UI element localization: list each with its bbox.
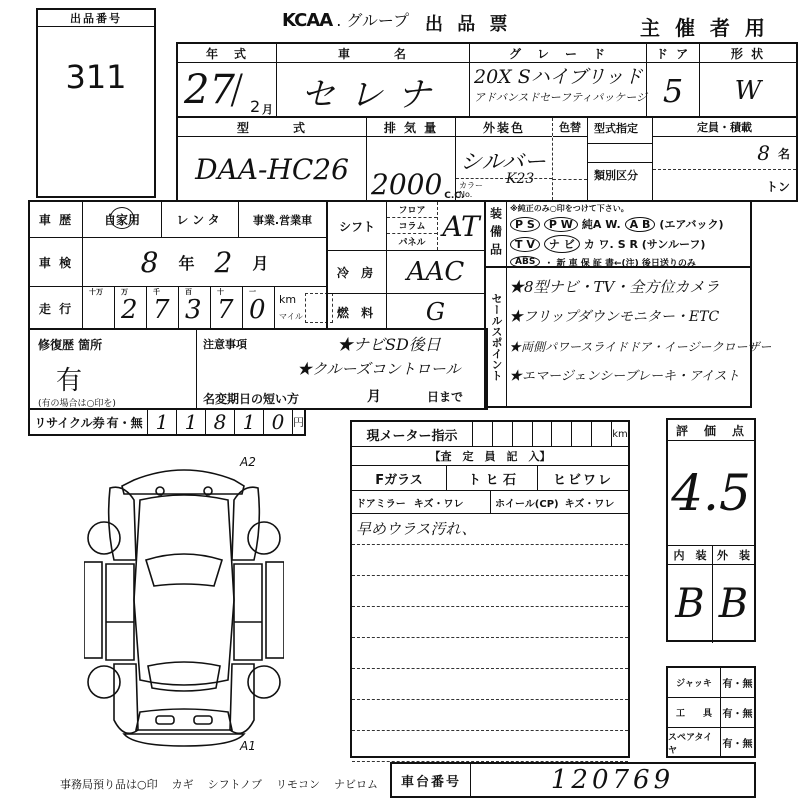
remark-line [352,576,628,607]
grade-cell: グ レ ー ド 20X Sハイブリッド アドバンスドセーフティパッケージ [469,44,646,116]
recycle-digit: 1 [148,410,177,434]
capacity-cell: 定員・積載 8 名 トン [652,118,796,200]
recycle-row: リサイクル券 有・無 11810 円 [28,408,306,436]
history-option-rental[interactable]: レンタ [162,202,239,237]
notes-cell: 注意事項 ★ナビSD後日 ★クルーズコントロール 名変期日の短い方 月 日まで [197,330,486,408]
note-item: ★ナビSD後日 [337,332,441,355]
group-label: . グループ [336,8,409,31]
meter-digit-box [533,422,553,446]
remark-line [352,669,628,700]
lot-number-label: 出品番号 [38,10,154,27]
damage-mark: A1 [239,739,256,750]
equipment-item: P W [544,217,578,232]
history-option-business[interactable]: 事業.営業車 [239,202,326,237]
equipment-block: 装備品 ※純正のみ○印をつけて下さい。 P SP W純A W.A B(エアバック… [484,200,752,268]
sales-point: ★エマージェンシーブレーキ・アイスト [509,362,771,392]
type-designation-cell: 型式指定 類別区分 [587,118,652,200]
repair-value: 有 [56,360,82,397]
fuel-value: G [387,294,484,330]
displacement-cell: 排 気 量 2000 C.C. [366,118,455,200]
brand-logo: KCAA [282,10,332,31]
sales-point: ★フリップダウンモニター・ETC [509,302,771,332]
equipment-item: A B [625,217,656,232]
remark-line [352,607,628,638]
aircon-value: AAC [387,251,484,293]
lot-number: 311 [38,47,154,107]
remark-line [352,731,628,762]
inspection-month: 2 [215,246,233,279]
mileage-digit: 千7 [147,287,179,330]
color-change-cell: 色替 [552,118,587,200]
overall-score: 4.5 [668,441,754,546]
recycle-digit: 1 [177,410,206,434]
recycle-digit: 1 [235,410,264,434]
grade-line-1: 20X Sハイブリッド [470,65,646,89]
repair-cell: 修復歴 箇所 有 (有の場合は○印を) [30,330,197,408]
car-diagram: A2 A1 [84,450,284,750]
note-item: ★クルーズコントロール [297,358,461,379]
meter-digit-box [552,422,572,446]
equipment-item: 純A W. [582,216,621,232]
equipment-item: S R (サンルーフ) [618,236,706,252]
year-month: 2 [250,97,260,116]
chassis-row: 車台番号 120769 [390,762,756,798]
score-block: 評 価 点 4.5 内 装 外 装 B B [666,418,756,642]
equipment-item: P S [510,217,540,232]
mileage-digit: 十万 [83,287,115,330]
mileage-row: 走 行 十万万2千7百3十7一0 km マイル [30,287,326,330]
mileage-digit: 万2 [115,287,147,330]
lot-number-box: 出品番号 311 [36,8,156,198]
shift-value: AT [438,202,484,250]
inspector-block: 現メーター指示 km 【査 定 員 記 入】 Fガラス ト ヒ 石 ヒビワレ ド… [350,420,630,758]
copy-label: 主 催 者 用 [640,12,769,41]
remark-line [352,700,628,731]
color-number: K23 [506,171,534,187]
chassis-number: 120769 [471,764,754,796]
inspection-year: 8 [141,246,159,279]
displacement-value: 2000 [371,168,442,201]
footer: 事務局預り品は○印 カギ シフトノブ リモコン ナビロム [60,776,378,792]
car-name-cell: 車 名 セレナ [276,44,469,116]
recycle-digit: 0 [264,410,293,434]
grade-line-2: アドバンスドセーフティパッケージ [470,89,646,107]
form-title: 出 品 票 [425,10,512,36]
meter-digit-box [493,422,513,446]
drivetrain-block: シフト フロア コラム パネル AT 冷 房 AAC 燃 料 G [326,200,486,330]
equipment-item: カ ワ. [584,236,614,252]
accessory-row: 工 具有・無 [668,698,754,728]
sales-point: ★8型ナビ・TV・全方位カメラ [509,272,771,302]
row-spec: 型 式 DAA-HC26 排 気 量 2000 C.C. 外装色 シルバー カラ… [176,116,798,202]
year-cell: 年 式 27 / 2 月 [178,44,276,116]
remark-line: 早めウラス汚れ、 [352,514,628,545]
accessories-block: ジャッキ有・無工 具有・無スペアタイヤ有・無 [666,666,756,758]
mileage-digit: 十7 [211,287,243,330]
color-cell: 外装色 シルバー カラー No. K23 [455,118,552,200]
capacity-persons: 8 [757,141,770,165]
shape-cell: 形 状 W [699,44,796,116]
color-value: シルバー [456,137,552,179]
mileage-digit: 一0 [243,287,275,330]
mileage-digit: 百3 [179,287,211,330]
sales-points-block: セールスポイント ★8型ナビ・TV・全方位カメラ ★フリップダウンモニター・ET… [484,266,752,408]
meter-digit-box [592,422,612,446]
year-value: 27 [184,67,235,113]
selected-circle [110,207,134,229]
model-value: DAA-HC26 [178,137,366,201]
meter-digit-box [473,422,493,446]
history-block: 車 歴 自家用 レンタ 事業.営業車 車 検 8 年 2 月 走 行 十万万2千… [28,200,328,330]
sales-point: ★両側パワースライドドア・イージークローザー [509,332,771,362]
car-name: セレナ [277,63,469,119]
exterior-score: B [713,565,754,643]
remark-line [352,545,628,576]
recycle-digit: 8 [206,410,235,434]
model-cell: 型 式 DAA-HC26 [178,118,366,200]
doors-cell: ド ア 5 [646,44,699,116]
meter-digit-box [572,422,592,446]
damage-mark: A2 [239,455,256,469]
remark-line [352,638,628,669]
equipment-item: (エアバック) [659,216,723,232]
meter-digit-box [513,422,533,446]
row-basic: 年 式 27 / 2 月 車 名 セレナ グ レ ー ド 20X Sハイブリッド… [176,42,798,118]
doors-value: 5 [647,63,699,119]
accessory-row: ジャッキ有・無 [668,668,754,698]
interior-score: B [668,565,713,643]
equipment-item: ナ ビ [544,235,580,253]
repair-notes-block: 修復歴 箇所 有 (有の場合は○印を) 注意事項 ★ナビSD後日 ★クルーズコン… [28,328,488,410]
accessory-row: スペアタイヤ有・無 [668,728,754,757]
shape-value: W [700,63,796,119]
remarks-lines: 早めウラス汚れ、 [352,514,628,762]
equipment-item: T V [510,237,540,252]
